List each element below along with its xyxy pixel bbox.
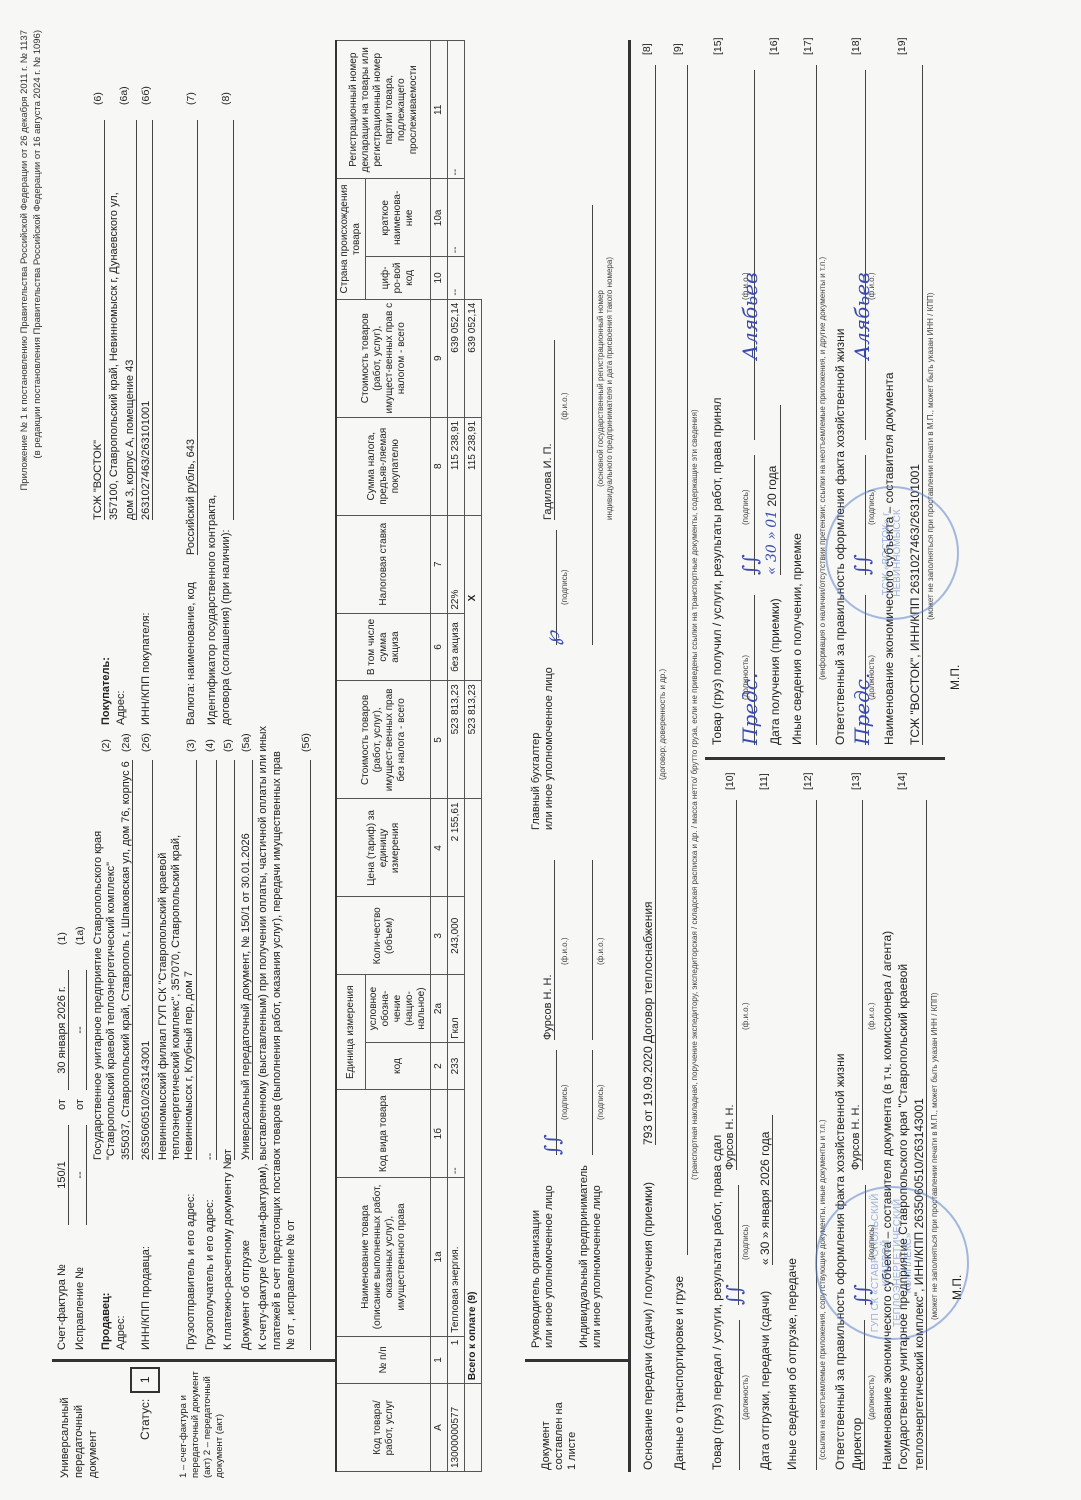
total-cost-with-tax: 639 052,14 [465,299,482,417]
caption: (договор; доверенность и др.) [658,669,667,780]
ref-marker: [10] [724,772,736,790]
receive-date-label: Дата получения (приемки) [768,598,782,745]
col-number: 2а [431,975,448,1043]
shipper-label: Грузоотправитель и его адрес: [185,1194,197,1350]
col-number: 4 [431,799,448,897]
ref-marker: [19] [896,37,908,55]
label-line: или иное уполномоченное лицо [543,667,556,830]
receive-date-month: 01 [764,510,780,528]
caption: (должность) [867,655,876,700]
receive-date-value[interactable]: « 30 » 01 20 года [764,405,781,575]
handed-name: Фурсов Н. Н. [724,800,737,1170]
cell-country-name: -- [448,179,465,257]
ref-marker: [13] [850,772,862,790]
col-header-unit: Единица измерения [336,975,366,1090]
payment-doc-label: К платежно-расчетному документу № [222,1157,234,1350]
table-row: 13000000577 1 Тепловая энергия. -- 233 Г… [448,41,465,1472]
appendix-note: Приложение № 1 к постановлению Правитель… [18,30,44,491]
col-number: 7 [431,515,448,613]
caption: (подпись) [741,489,750,525]
responsible-name-field[interactable]: Алябьев [850,70,866,440]
transport-label: Данные о транспортировке и грузе [672,1276,686,1470]
cell-tax-rate: 22% [448,515,465,613]
seller-title: Продавец: [100,1293,112,1350]
ref-marker: (3) [185,739,197,752]
seller-inn: 2635060510/263143001 [140,760,153,1160]
contract-id-label: договора (соглашения) (при наличии): [220,529,232,725]
cell-code: 13000000577 [448,1384,465,1472]
col-header-country: Страна происхождения товара [336,179,366,299]
ref-marker: (1а) [74,926,86,945]
received-label: Товар (груз) получил / услуги, результат… [710,397,724,745]
signature-ink-icon: ∫∫ [540,1134,564,1155]
divider [628,40,631,1472]
col-number: 9 [431,299,448,417]
head-name: Фурсов Н. Н. [542,860,555,1040]
buyer-inn: 2631027463/263101001 [140,120,153,520]
other-shipment-label: Иные сведения об отгрузке, передаче [785,1258,799,1470]
advance-text: платежей в счет предстоящих поставок тов… [271,751,283,1350]
shipper-value: Невинномысский филиал ГУП СК "Ставрополь… [157,760,197,1160]
doc-type-line: документ [86,1368,100,1478]
receive-date-suffix: года [765,466,779,490]
status-value-box[interactable]: 1 [130,1367,160,1393]
currency-label: Валюта: наименование, код [185,582,197,725]
ip-signer-label: Индивидуальный предприниматель или иное … [578,1165,604,1348]
ref-marker: (6) [92,92,104,105]
column-number-row: А 1 1а 1б 2 2а 3 4 5 6 7 8 9 10 10а 11 [431,41,448,1472]
caption: (ф.и.о.) [741,1003,750,1031]
ogrn-caption: (основной государственный регистрационны… [596,257,614,520]
col-header-cost-no-tax: Стоимость товаров (работ, услуг), имущес… [336,681,431,799]
label-line: Главный бухгалтер [530,667,543,830]
ship-date-month: января [758,1189,772,1228]
accountant-label: Главный бухгалтер или иное уполномоченно… [530,667,556,830]
buyer-address-label: Адрес: [115,690,127,725]
responsible-position: Директор [850,1320,865,1470]
basis-value: 793 от 19.09.2020 Договор теплоснабжения [641,65,656,1145]
status-block: Статус: 1 [130,1367,160,1440]
ref-marker: (5б) [300,733,312,752]
divider [310,760,311,1350]
ref-marker: (2б) [140,733,152,752]
col-header-tax-sum: Сумма налога, предъяв-ляемая покупателю [336,417,431,515]
invoice-number[interactable]: 150/1 [56,1125,69,1225]
correction-label: Исправление № [74,1267,86,1350]
col-number: 10 [431,257,448,299]
buyer-inn-label: ИНН/КПП покупателя: [140,612,152,725]
ip-name-field[interactable] [591,860,593,1040]
ref-marker: (1) [56,932,68,945]
head-signer-label: Руководитель организации или иное уполно… [530,1185,556,1348]
invoice-label: Счет-фактура № [56,1264,68,1350]
ref-marker: (2) [100,739,112,752]
col-header-num: № п/п [336,1336,431,1383]
contract-id-value [220,120,234,520]
responsible-position-field[interactable]: Предс. [850,595,866,745]
status-note: 1 – счет-фактура и передаточный документ… [178,1366,226,1478]
shipment-doc-value: Универсальный передаточный документ, № 1… [240,760,253,1160]
ref-marker: (6а) [118,86,130,105]
advance-text: К счету-фактуре (счетам-фактурам), выста… [257,726,269,1350]
buyer-name: ТСЖ "ВОСТОК" [92,120,105,520]
col-header-country-code: циф-ро-вой код [366,257,431,299]
goods-table: Код товара/ работ, услуг № п/п Наименова… [335,40,482,1472]
ref-marker: [11] [758,773,770,790]
head-signature-field[interactable]: ∫∫ [540,1050,557,1155]
col-number: 5 [431,681,448,799]
other-receive-field[interactable] [815,65,817,745]
contract-id-label: Идентификатор государственного контракта… [206,495,218,725]
received-name-field[interactable]: Алябьев [738,70,755,440]
signature-ink-icon: ∫∫ [738,554,762,575]
total-label: Всего к оплате (9) [465,799,482,1384]
caption: (подпись) [560,1084,569,1120]
ship-date-year: 2026 [758,1159,772,1186]
label-line: Руководитель организации [530,1185,543,1348]
pages-count-line: Документ [540,1402,553,1470]
transport-field[interactable] [686,65,688,1255]
accountant-signature-field[interactable]: ℘ [540,530,557,645]
divider [525,1359,630,1362]
label-line: или иное уполномоченное лицо [591,1165,604,1348]
ship-date-day: « 30 » [758,1232,772,1265]
correction-number[interactable]: -- [74,1125,87,1225]
consignee-label: Грузополучатель и его адрес: [204,1199,216,1350]
consignee-value: -- [204,760,217,1160]
total-tax-sum: 115 238,91 [465,417,482,515]
ref-marker: [8] [641,43,653,55]
ref-marker: (6б) [140,86,152,105]
cell-kind-code: -- [448,1090,465,1178]
col-header-name: Наименование товара (описание выполненны… [336,1178,431,1337]
pages-count-line: составлен на [553,1402,566,1470]
col-header-reg-no: Регистрационный номер декларации на това… [336,41,431,179]
ship-date-label: Дата отгрузки, передачи (сдачи) [758,1291,772,1470]
ip-signature-field[interactable] [591,1050,593,1155]
ref-marker: [17] [802,37,814,55]
col-number: 3 [431,897,448,975]
entity-value: ТСЖ "ВОСТОК", ИНН/КПП 2631027463/2631010… [908,65,923,745]
caption: (подпись) [560,569,569,605]
col-number: А [431,1384,448,1472]
pages-count-line: 1 листе [566,1402,579,1470]
ref-marker: (2а) [120,733,132,752]
cell-cost-no-tax: 523 813,23 [448,681,465,799]
col-header-unit-code: код [366,1042,431,1089]
caption: (должность) [741,655,750,700]
cell-num: 1 [448,1336,465,1383]
cell-reg-no: -- [448,41,465,179]
doc-type-line: передаточный [72,1368,86,1478]
caption: (информация о наличии/отсутствии претенз… [818,257,827,680]
correction-date[interactable]: -- [74,970,87,1090]
col-header-excise: В том числе сумма акциза [336,613,431,681]
ref-marker: [18] [850,37,862,55]
ref-marker: (4) [204,739,216,752]
caption: (ф.и.о.) [560,393,569,421]
col-header-price: Цена (тариф) за единицу измерения [336,799,431,897]
buyer-address-line: 357100, Ставропольский край, Невинномысс… [108,192,120,520]
cell-price: 2 155,61 [448,799,465,897]
ref-marker: (5) [222,739,234,752]
ship-date-value[interactable]: « 30 » января 2026 года [758,1115,773,1265]
total-cost-no-tax: 523 813,23 [465,681,482,799]
col-number: 1а [431,1178,448,1337]
seller-name: Государственное унитарное предприятие Ст… [92,760,118,1160]
cell-qty: 243,000 [448,897,465,975]
col-header-code: Код товара/ работ, услуг [336,1384,431,1472]
col-header-tax-rate: Налоговая ставка [336,515,431,613]
shipment-doc-label: Документ об отгрузке [240,1240,252,1350]
advance-text: № от , исправление № от [285,1220,297,1350]
caption: (ф.и.о.) [867,1003,876,1031]
col-number: 8 [431,417,448,515]
ref-marker: [16] [768,37,780,55]
col-header-unit-name: условное обозна-чение (нацио-нальное) [366,975,431,1043]
cell-tax-sum: 115 238,91 [448,417,465,515]
caption: (подпись) [741,1224,750,1260]
col-number: 2 [431,1042,448,1089]
divider [705,757,945,760]
caption: (транспортная накладная, поручение экспе… [690,409,699,1180]
col-header-kind-code: Код вида товара [336,1090,431,1178]
col-number: 1 [431,1336,448,1383]
buyer-address-line: дом 3, корпус А, помещение 43 [124,120,137,520]
signature-ink-icon: ∫∫ [722,1284,746,1305]
buyer-title: Покупатель: [100,657,112,725]
doc-type-title: Универсальный передаточный документ [58,1368,100,1478]
appendix-line-2: (в редакции постановления Правительства … [31,30,44,491]
ref-marker: [15] [712,37,724,55]
responsible-name: Фурсов Н. Н. [850,800,863,1170]
ref-marker: [12] [802,772,814,790]
ship-date-suffix: года [758,1132,772,1156]
col-header-cost-with-tax: Стоимость товаров (работ, услуг), имущес… [336,299,431,417]
cell-unit-code: 233 [448,1042,465,1089]
caption-line: индивидуального предпринимателя и дата п… [605,257,614,520]
label-line: или иное уполномоченное лицо [543,1185,556,1348]
caption: (должность) [741,1375,750,1420]
cell-cost-with-tax: 639 052,14 [448,299,465,417]
ref-marker: [9] [672,43,684,55]
status-label: Статус: [138,1399,152,1440]
ref-marker: (5а) [240,733,252,752]
handed-signature-field[interactable]: ∫∫ [722,1185,739,1305]
seller-stamp: ГУП СК «СТАВРОПОЛЬСКИЙ КРАЕВОЙ ТЕПЛОЭНЕР… [815,1186,969,1340]
divider [52,1359,335,1362]
seller-inn-label: ИНН/КПП продавца: [140,1246,152,1350]
other-receive-label: Иные сведения о получении, приемке [790,533,804,745]
cell-name: Тепловая энергия. [448,1178,465,1337]
entity-value: теплоэнергетический комплекс", ИНН/КПП 2… [912,800,927,1470]
currency-value: Российский рубль, 643 [185,120,198,555]
caption: (должность) [867,1375,876,1420]
seller-address: 355037, Ставропольский край, Ставрополь … [120,760,133,1160]
col-number: 6 [431,613,448,681]
caption: (ф.и.о.) [560,938,569,966]
receive-date-day: « 30 » [764,531,780,575]
seal-place: М.П. [948,665,962,690]
upd-document: Приложение № 1 к постановлению Правитель… [0,0,1081,1500]
payment-doc-from: от [222,760,235,1160]
doc-type-line: Универсальный [58,1368,72,1478]
correction-from-label: от [74,1099,86,1110]
basis-label: Основание передачи (сдачи) / получения (… [641,1182,655,1470]
invoice-date[interactable]: 30 января 2026 г. [56,970,69,1090]
caption-line: (основной государственный регистрационны… [596,257,605,520]
col-number: 11 [431,41,448,179]
handed-position-field[interactable] [738,1320,740,1470]
appendix-line-1: Приложение № 1 к постановлению Правитель… [18,30,31,491]
cell-unit-name: Гкал [448,975,465,1043]
ref-marker: (7) [185,92,197,105]
ref-marker: (8) [220,92,232,105]
caption: (ф.и.о.) [741,273,750,301]
label-line: Индивидуальный предприниматель [578,1165,591,1348]
caption: (ф.и.о.) [867,273,876,301]
col-header-qty: Коли-чество (объем) [336,897,431,975]
buyer-stamp: ТСЖ «ВОСТОК» г. НЕВИННОМЫССК [825,486,959,620]
pages-count: Документ составлен на 1 листе [540,1402,579,1470]
other-shipment-field[interactable] [815,800,817,1470]
receive-date-year: 20 [765,493,779,506]
ogrn-field[interactable] [591,205,593,645]
cell-country-code: -- [448,257,465,299]
cell-excise: без акциза [448,613,465,681]
signature-ink-icon: ℘ [540,631,564,645]
total-row: Всего к оплате (9) 523 813,23 X 115 238,… [465,41,482,1472]
col-number: 1б [431,1090,448,1178]
seller-address-label: Адрес: [115,1315,127,1350]
ref-marker: [14] [896,772,908,790]
col-number: 10а [431,179,448,257]
caption: (подпись) [596,1084,605,1120]
caption: (ф.и.о.) [596,938,605,966]
invoice-from-label: от [56,1099,68,1110]
accountant-name: Гадилова И. П. [542,340,555,520]
col-header-country-name: краткое наименова-ние [366,179,431,257]
total-excise: X [465,515,482,681]
